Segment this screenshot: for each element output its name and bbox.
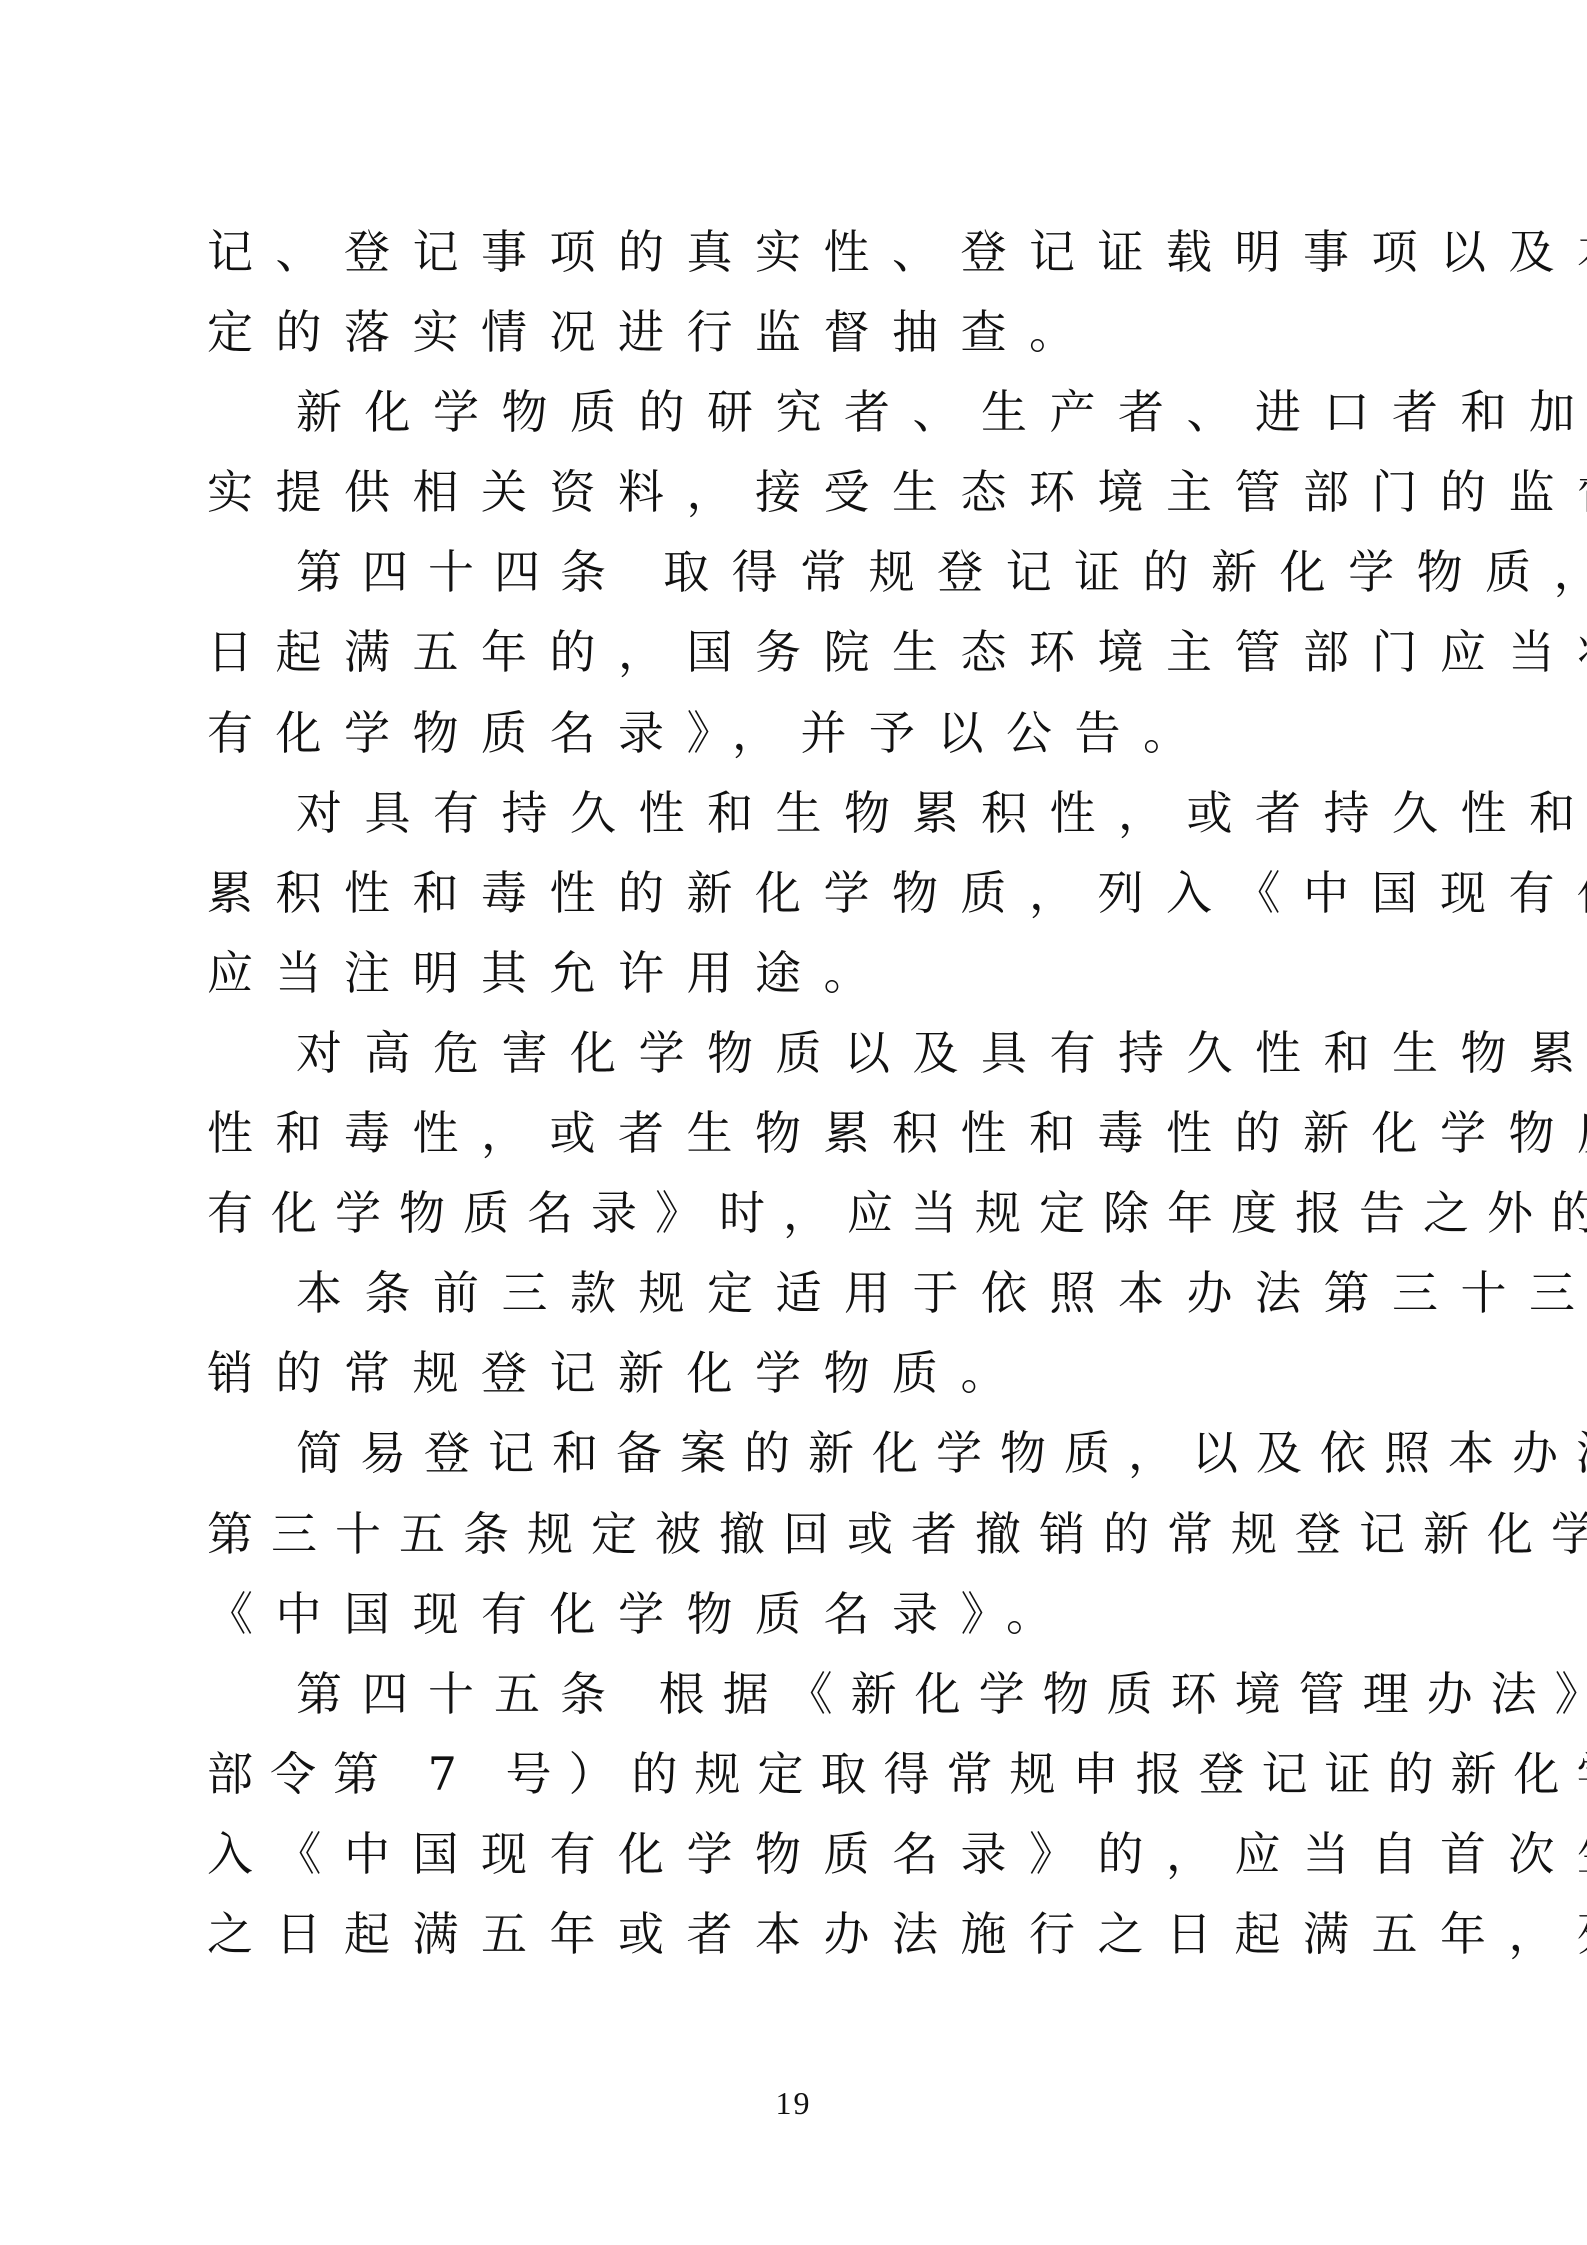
article-heading: 第四十五条 <box>296 1667 626 1721</box>
line-text: 性和毒性，或者生物累积性和毒性的新化学物质，列入《中国现 <box>207 1106 1587 1160</box>
line-text: 取得常规登记证的新化学物质，自首次登记之 <box>626 545 1587 599</box>
article-45-line: 第四十五条 根据《新化学物质环境管理办法》（环境保护 <box>207 1654 1385 1734</box>
text-line: 部令第 7 号）的规定取得常规申报登记证的新化学物质，尚未列 <box>207 1734 1385 1814</box>
paragraph-start-line: 新化学物质的研究者、生产者、进口者和加工使用者应当如 <box>207 372 1385 452</box>
text-line: 有化学物质名录》时，应当规定除年度报告之外的环境管理要求。 <box>207 1173 1385 1253</box>
line-text: 简易登记和备案的新化学物质，以及依照本办法第三十四条、 <box>296 1426 1587 1480</box>
line-text: 实提供相关资料，接受生态环境主管部门的监督抽查。 <box>207 465 1587 519</box>
text-line: 《中国现有化学物质名录》。 <box>207 1574 1385 1654</box>
text-line: 入《中国现有化学物质名录》的，应当自首次生产或者进口活动 <box>207 1814 1385 1894</box>
line-text: 有化学物质名录》，并予以公告。 <box>207 706 1212 760</box>
text-line: 实提供相关资料，接受生态环境主管部门的监督抽查。 <box>207 452 1385 532</box>
line-text: 对高危害化学物质以及具有持久性和生物累积性，或者持久 <box>296 1026 1587 1080</box>
text-line: 第三十五条规定被撤回或者撤销的常规登记新化学物质，不列入 <box>207 1494 1385 1574</box>
text-line: 有化学物质名录》，并予以公告。 <box>207 693 1385 773</box>
line-text: 累积性和毒性的新化学物质，列入《中国现有化学物质名录》时 <box>207 866 1587 920</box>
line-text: 记、登记事项的真实性、登记证载明事项以及本办法其他相关规 <box>207 225 1587 279</box>
line-text: 部令第 7 号）的规定取得常规申报登记证的新化学物质，尚未列 <box>207 1747 1587 1801</box>
article-44-line: 第四十四条 取得常规登记证的新化学物质，自首次登记之 <box>207 532 1385 612</box>
line-text: 日起满五年的，国务院生态环境主管部门应当将其列入《中国现 <box>207 625 1587 679</box>
paragraph-start-line: 本条前三款规定适用于依照本办法第三十三条规定申请撤 <box>207 1253 1385 1333</box>
text-line: 定的落实情况进行监督抽查。 <box>207 292 1385 372</box>
text-line: 记、登记事项的真实性、登记证载明事项以及本办法其他相关规 <box>207 212 1385 292</box>
line-text: 《中国现有化学物质名录》。 <box>207 1587 1075 1641</box>
body-text: 记、登记事项的真实性、登记证载明事项以及本办法其他相关规 定的落实情况进行监督抽… <box>207 212 1385 1974</box>
line-text: 入《中国现有化学物质名录》的，应当自首次生产或者进口活动 <box>207 1827 1587 1881</box>
article-heading: 第四十四条 <box>296 545 626 599</box>
line-text: 本条前三款规定适用于依照本办法第三十三条规定申请撤 <box>296 1266 1587 1320</box>
text-line: 之日起满五年或者本办法施行之日起满五年，列入《中国现有化 <box>207 1894 1385 1974</box>
text-line: 日起满五年的，国务院生态环境主管部门应当将其列入《中国现 <box>207 612 1385 692</box>
paragraph-start-line: 对具有持久性和生物累积性，或者持久性和毒性，或者生物 <box>207 773 1385 853</box>
text-line: 性和毒性，或者生物累积性和毒性的新化学物质，列入《中国现 <box>207 1093 1385 1173</box>
line-text: 根据《新化学物质环境管理办法》（环境保护 <box>626 1667 1587 1721</box>
paragraph-start-line: 简易登记和备案的新化学物质，以及依照本办法第三十四条、 <box>207 1413 1385 1493</box>
line-text: 销的常规登记新化学物质。 <box>207 1346 1029 1400</box>
line-text: 应当注明其允许用途。 <box>207 946 892 1000</box>
text-line: 应当注明其允许用途。 <box>207 933 1385 1013</box>
line-text: 定的落实情况进行监督抽查。 <box>207 305 1098 359</box>
document-page: 记、登记事项的真实性、登记证载明事项以及本办法其他相关规 定的落实情况进行监督抽… <box>0 0 1587 2245</box>
line-text: 新化学物质的研究者、生产者、进口者和加工使用者应当如 <box>296 385 1587 439</box>
page-number: 19 <box>0 2085 1587 2122</box>
text-line: 累积性和毒性的新化学物质，列入《中国现有化学物质名录》时 <box>207 853 1385 933</box>
paragraph-start-line: 对高危害化学物质以及具有持久性和生物累积性，或者持久 <box>207 1013 1385 1093</box>
text-line: 销的常规登记新化学物质。 <box>207 1333 1385 1413</box>
line-text: 有化学物质名录》时，应当规定除年度报告之外的环境管理要求。 <box>207 1186 1587 1240</box>
line-text: 对具有持久性和生物累积性，或者持久性和毒性，或者生物 <box>296 786 1587 840</box>
line-text: 之日起满五年或者本办法施行之日起满五年，列入《中国现有化 <box>207 1907 1587 1961</box>
line-text: 第三十五条规定被撤回或者撤销的常规登记新化学物质，不列入 <box>207 1507 1587 1561</box>
